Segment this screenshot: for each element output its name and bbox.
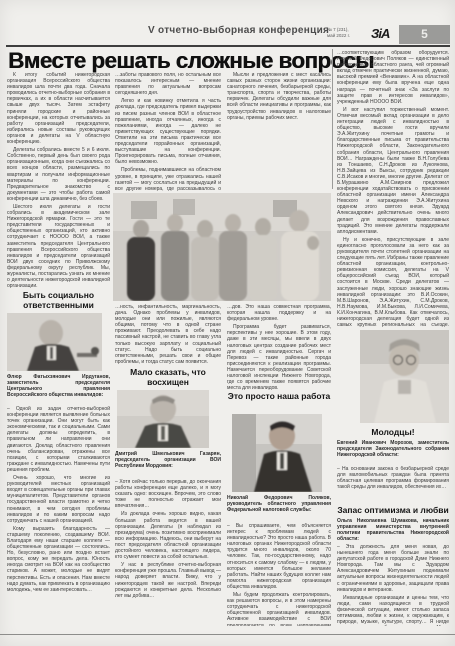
- column-divider: [332, 49, 333, 189]
- page-number: 5: [399, 25, 450, 44]
- paragraph: У нас в республике отчетно-выборная конф…: [115, 562, 221, 599]
- header-rule: [6, 45, 450, 47]
- polyakov-photo: [232, 414, 322, 492]
- program-text: …дов. Это наша совместная программа, кот…: [227, 304, 331, 390]
- subhead-social: Быть социально ответственными: [7, 291, 110, 311]
- subhead-welldone: Молодцы!: [337, 428, 449, 438]
- paragraph: – Хотя сейчас только перерыв, до окончан…: [115, 479, 221, 509]
- speaker-photo: [7, 313, 102, 371]
- paragraph: …ность, инфантильность, маргинальность, …: [115, 304, 221, 365]
- shumakova-photo: [360, 330, 449, 423]
- shumakova-caption: Ольга Николаевна Шумакова, начальник упр…: [337, 518, 449, 542]
- paragraph: Проблемы, поднимавшиеся на областном уро…: [115, 167, 221, 191]
- paragraph: – Одной из задач отчетно-выборной конфер…: [7, 406, 110, 473]
- gazaryan-caption: Дмитрий Шмелькович Газарян, председатель…: [115, 451, 221, 477]
- newspaper-logo: ЗіА: [371, 26, 389, 41]
- morozov-caption: Евгений Иванович Морозов, заместитель пр…: [337, 440, 449, 464]
- subhead-admire: Мало сказать, что восхищен: [115, 368, 221, 388]
- paragraph: Шестого июля делегаты и гости собрались …: [7, 204, 110, 289]
- paragraph: К итогу событий нижегородская организаци…: [7, 72, 110, 145]
- paragraph: …соответствующим образом оборудуется. Ни…: [337, 50, 449, 105]
- paragraph: Очень хорошо, что многие из руководителе…: [7, 475, 110, 524]
- newspaper-page: V отчетно-выборная конференция № 7 (231)…: [0, 0, 455, 646]
- paragraph: Кому выразить благодарность — старшему п…: [7, 526, 110, 593]
- speaker-caption: Флюр Фатыхзянович Ирдуганов, заместитель…: [7, 374, 110, 404]
- optimism-quote: – Эта должность для меня новая, до нынеш…: [337, 544, 449, 626]
- paragraph: Ну и конечно, присутствующие в зале един…: [337, 237, 449, 328]
- column2-text: …заботы правового поля, но остальным все…: [115, 72, 221, 191]
- headline: Вместе решать сложные вопросы: [8, 48, 374, 74]
- column3-text: Мысли и предложения с мест касались самы…: [227, 72, 331, 191]
- paragraph: Программа будет развиваться, перспективы…: [227, 324, 331, 390]
- paragraph: Из доклада очень хорошо видно, какая бол…: [115, 511, 221, 560]
- paragraph: Делегаты собрались вместе 5 и 6 июля. Со…: [7, 147, 110, 202]
- welldone-quote: – На основании закона о безбарьерной сре…: [337, 466, 449, 504]
- paragraph: Легко и как новинку отметила я часть док…: [115, 98, 221, 165]
- issue-date: май 2022 г.: [327, 33, 367, 39]
- polyakov-caption: Николай Федорович Поляков, руководитель …: [227, 495, 331, 521]
- paragraph: Мысли и предложения с мест касались самы…: [227, 72, 331, 121]
- intro-text: К итогу событий нижегородская организаци…: [7, 72, 110, 289]
- social-quote: – Одной из задач отчетно-выборной конфер…: [7, 406, 110, 626]
- paragraph: – Эта должность для меня новая, до нынеш…: [337, 544, 449, 593]
- paragraph: И вот наступил торжественный момент. Отм…: [337, 107, 449, 235]
- paragraph: Мы будем продолжать контролировать, как …: [227, 592, 331, 626]
- issue-info: № 7 (231), май 2022 г.: [327, 27, 367, 38]
- subhead-ourjob: Это просто наша работа: [227, 392, 331, 412]
- bottom-rule: [0, 634, 455, 635]
- section-title: V отчетно-выборная конференция: [148, 25, 329, 36]
- paragraph: – На основании закона о безбарьерной сре…: [337, 466, 449, 490]
- ourjob-quote: – Вы спрашиваете, чем объясняется интере…: [227, 523, 331, 626]
- gazaryan-photo: [117, 390, 209, 448]
- admire-quote: – Хотя сейчас только перерыв, до окончан…: [115, 479, 221, 626]
- paragraph: – Вы спрашиваете, чем объясняется интере…: [227, 523, 331, 590]
- paragraph: Инвалидные организации и ценны тем, что …: [337, 595, 449, 626]
- subhead-optimism: Запас оптимизма и любви: [337, 506, 449, 516]
- social-quote-continued: …ность, инфантильность, маргинальность, …: [115, 304, 221, 366]
- group-photo: [113, 193, 331, 301]
- paragraph: …заботы правового поля, но остальным все…: [115, 72, 221, 96]
- column4-text: …соответствующим образом оборудуется. Ни…: [337, 50, 449, 328]
- paragraph: …дов. Это наша совместная программа, кот…: [227, 304, 331, 322]
